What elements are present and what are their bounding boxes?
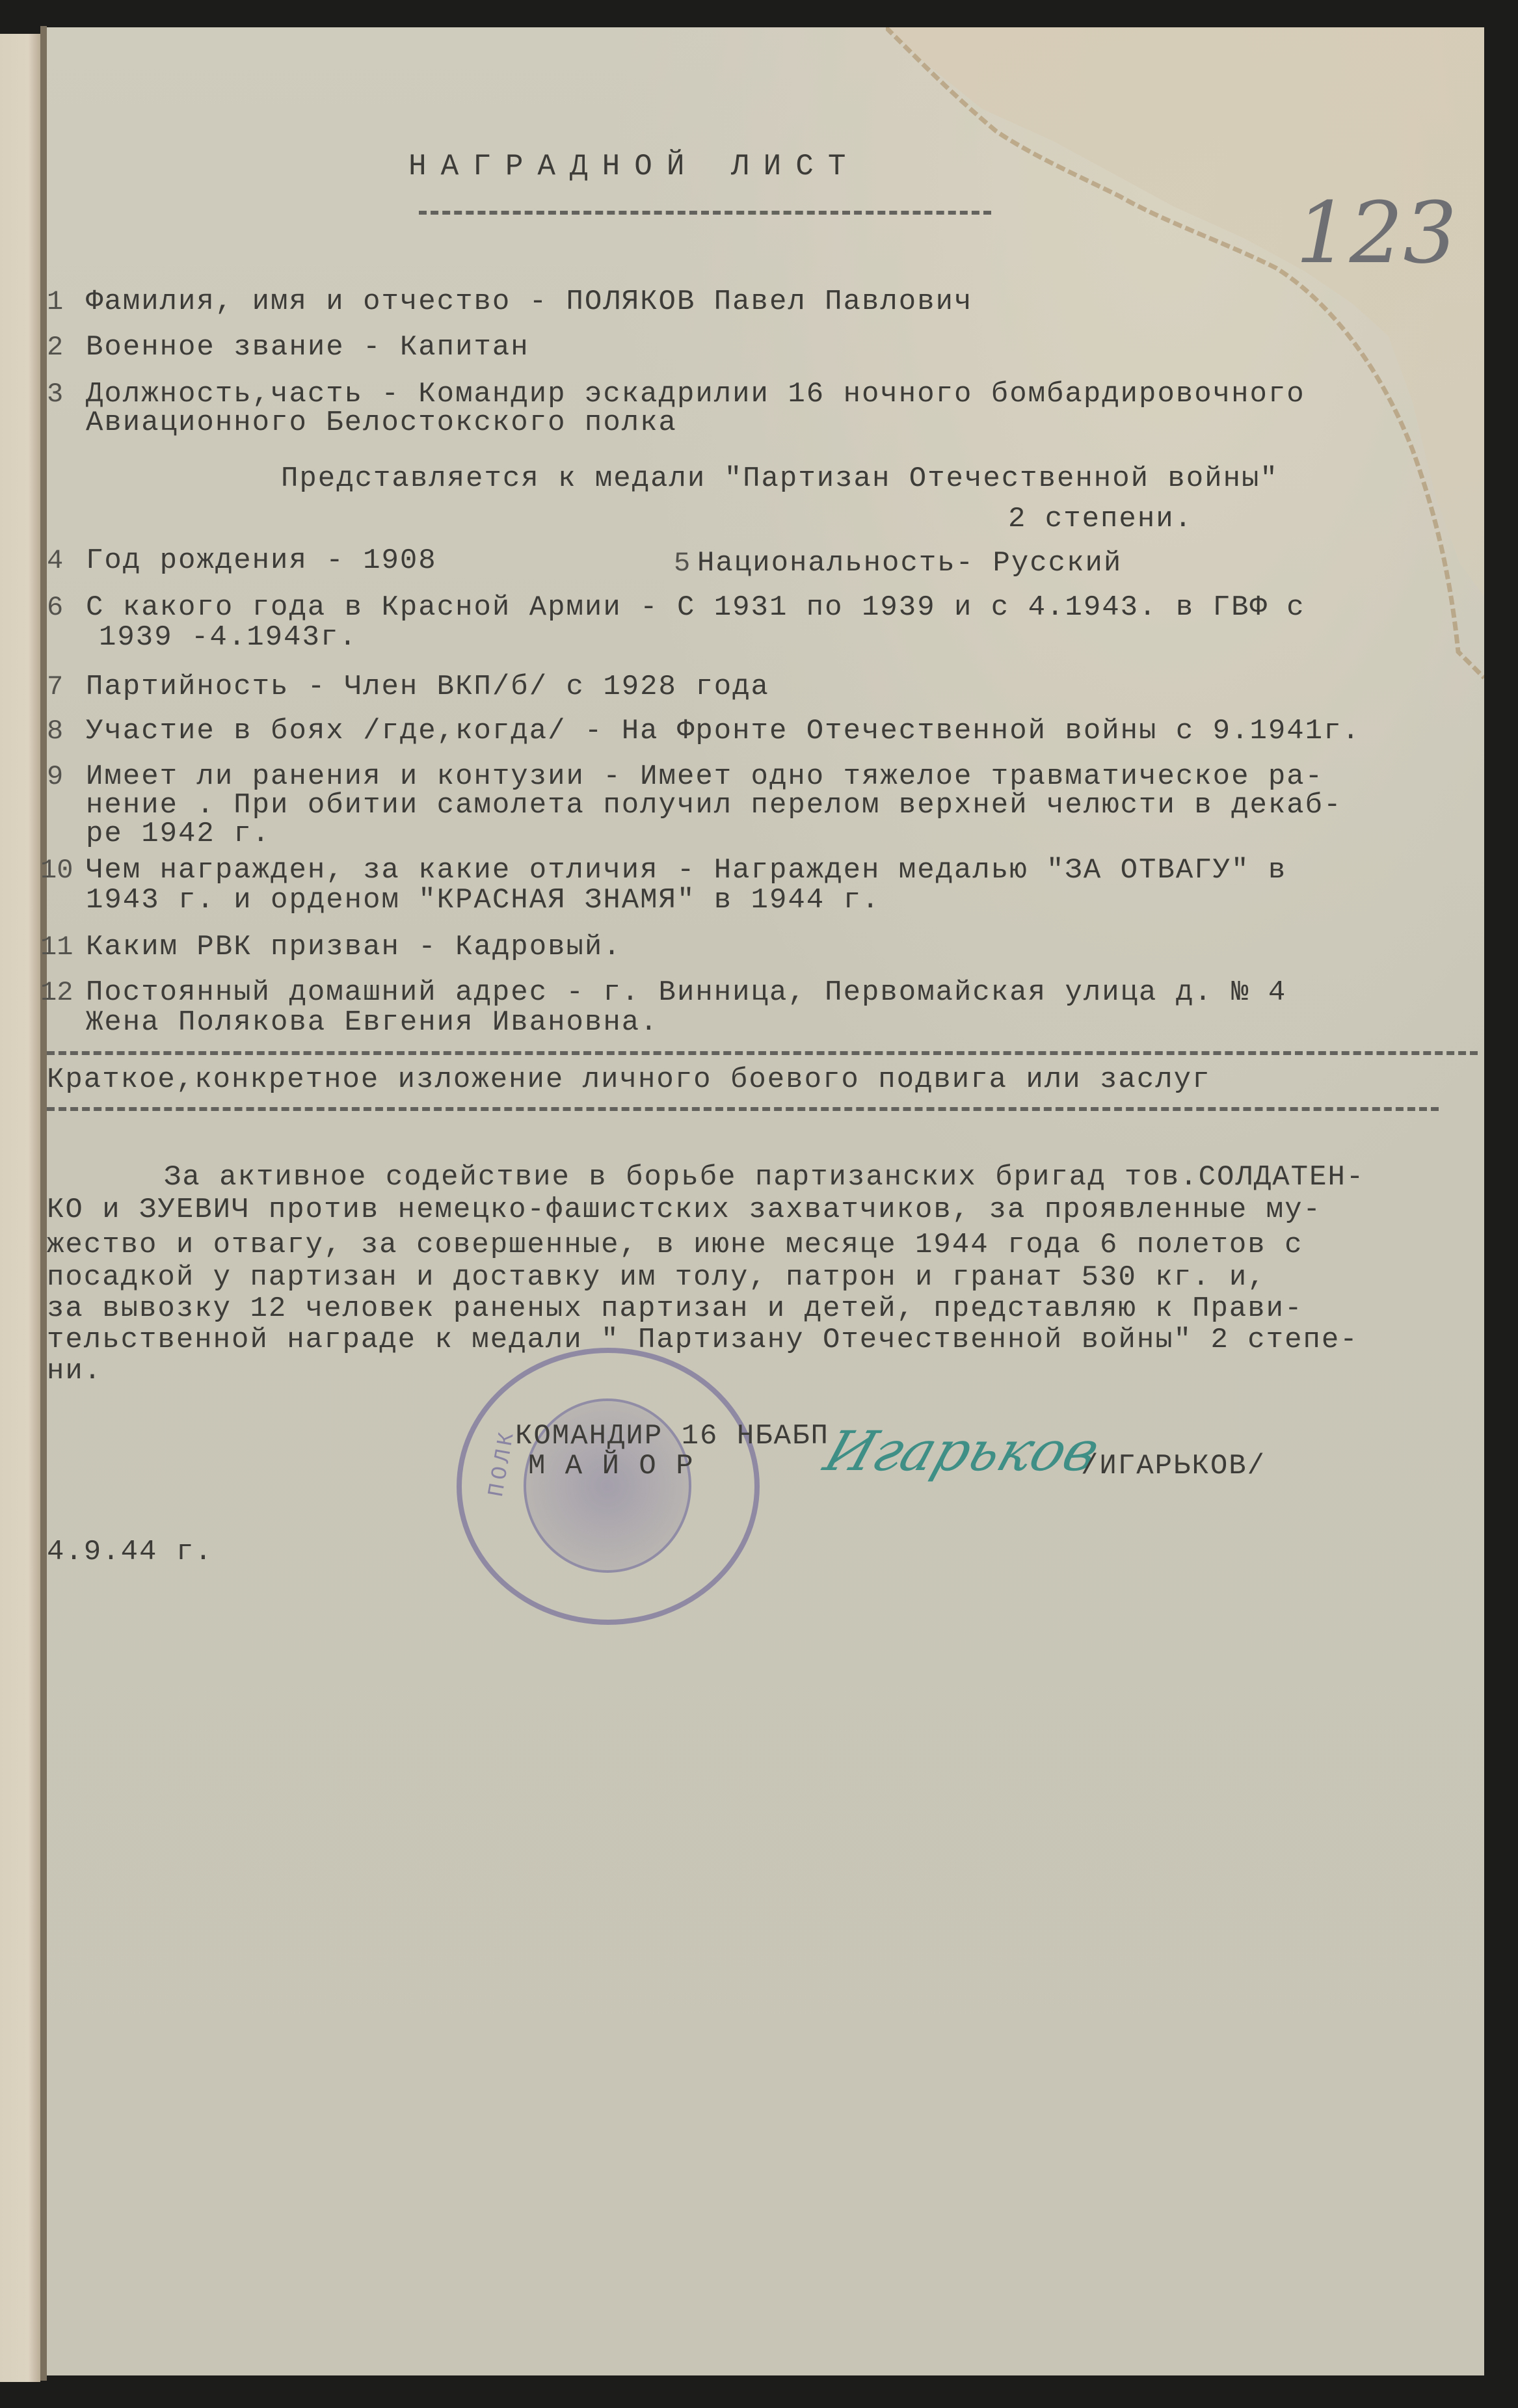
field-wounds-cont2: ре 1942 г. bbox=[86, 817, 271, 851]
field-home-address: Постоянный домашний адрес - г. Винница, … bbox=[86, 976, 1286, 1010]
field-number: 7 bbox=[47, 671, 63, 702]
field-number: 3 bbox=[47, 379, 63, 410]
signatory-title: КОМАНДИР 16 НБАБП bbox=[515, 1419, 829, 1453]
field-nationality: Национальность- Русский bbox=[697, 546, 1122, 580]
title-underline bbox=[419, 211, 991, 215]
field-number: 8 bbox=[47, 716, 63, 747]
presentation-line: Представляется к медали "Партизан Отечес… bbox=[281, 462, 1279, 496]
narrative-line: тельственной награде к медали " Партизан… bbox=[47, 1323, 1359, 1357]
field-home-address-cont: Жена Полякова Евгения Ивановна. bbox=[86, 1006, 659, 1039]
field-full-name: Фамилия, имя и отчество - ПОЛЯКОВ Павел … bbox=[86, 285, 972, 319]
field-number: 9 bbox=[47, 761, 63, 792]
field-awards: Чем награжден, за какие отличия - Награж… bbox=[86, 853, 1286, 887]
field-conscription-office: Каким РВК призван - Кадровый. bbox=[86, 930, 622, 964]
field-number: 10 bbox=[40, 855, 73, 886]
previous-page-edge bbox=[0, 34, 40, 2382]
official-round-stamp: ПОЛК bbox=[457, 1348, 760, 1625]
field-awards-cont: 1943 г. и орденом "КРАСНАЯ ЗНАМЯ" в 1944… bbox=[86, 883, 880, 917]
field-number: 4 bbox=[47, 545, 63, 576]
field-number: 11 bbox=[40, 931, 73, 963]
narrative-line: посадкой у партизан и доставку им толу, … bbox=[47, 1261, 1266, 1294]
field-number: 5 bbox=[674, 548, 690, 579]
field-army-service-cont: 1939 -4.1943г. bbox=[99, 621, 358, 654]
field-military-rank: Военное звание - Капитан bbox=[86, 330, 529, 364]
field-number: 6 bbox=[47, 592, 63, 623]
presentation-degree: 2 степени. bbox=[1008, 502, 1193, 536]
section-heading: Краткое,конкретное изложение личного бое… bbox=[47, 1063, 1210, 1097]
document-date: 4.9.44 г. bbox=[47, 1535, 213, 1569]
section-divider-bottom bbox=[47, 1107, 1439, 1111]
narrative-line: ни. bbox=[47, 1354, 102, 1388]
document-title: НАГРАДНОЙ ЛИСТ bbox=[408, 150, 860, 183]
narrative-line: жество и отвагу, за совершенные, в июне … bbox=[47, 1228, 1303, 1262]
field-number: 2 bbox=[47, 332, 63, 363]
field-number: 1 bbox=[47, 286, 63, 317]
archive-page-number: 123 bbox=[1296, 183, 1457, 282]
award-sheet-page: НАГРАДНОЙ ЛИСТ 123 1 Фамилия, имя и отче… bbox=[47, 27, 1484, 2375]
binding-gutter bbox=[40, 26, 47, 2381]
narrative-line: за вывозку 12 человек раненых партизан и… bbox=[47, 1292, 1303, 1326]
field-combat-participation: Участие в боях /где,когда/ - На Фронте О… bbox=[86, 714, 1361, 748]
field-army-service: С какого года в Красной Армии - С 1931 п… bbox=[86, 591, 1305, 624]
field-wounds-cont: нение . При обитии самолета получил пере… bbox=[86, 788, 1342, 822]
section-divider-top bbox=[47, 1051, 1478, 1055]
narrative-line: КО и ЗУЕВИЧ против немецко-фашистских за… bbox=[47, 1193, 1322, 1227]
field-party-membership: Партийность - Член ВКП/б/ с 1928 года bbox=[86, 670, 769, 704]
field-birth-year: Год рождения - 1908 bbox=[86, 544, 437, 578]
signatory-rank: М А Й О Р bbox=[528, 1449, 695, 1483]
narrative-line: За активное содействие в борьбе партизан… bbox=[164, 1160, 1365, 1194]
signatory-name: /ИГАРЬКОВ/ bbox=[1081, 1449, 1266, 1483]
field-number: 12 bbox=[40, 977, 73, 1008]
field-position-unit-cont: Авиационного Белостокского полка bbox=[86, 406, 677, 440]
handwritten-signature: Игарьков bbox=[817, 1419, 1108, 1483]
